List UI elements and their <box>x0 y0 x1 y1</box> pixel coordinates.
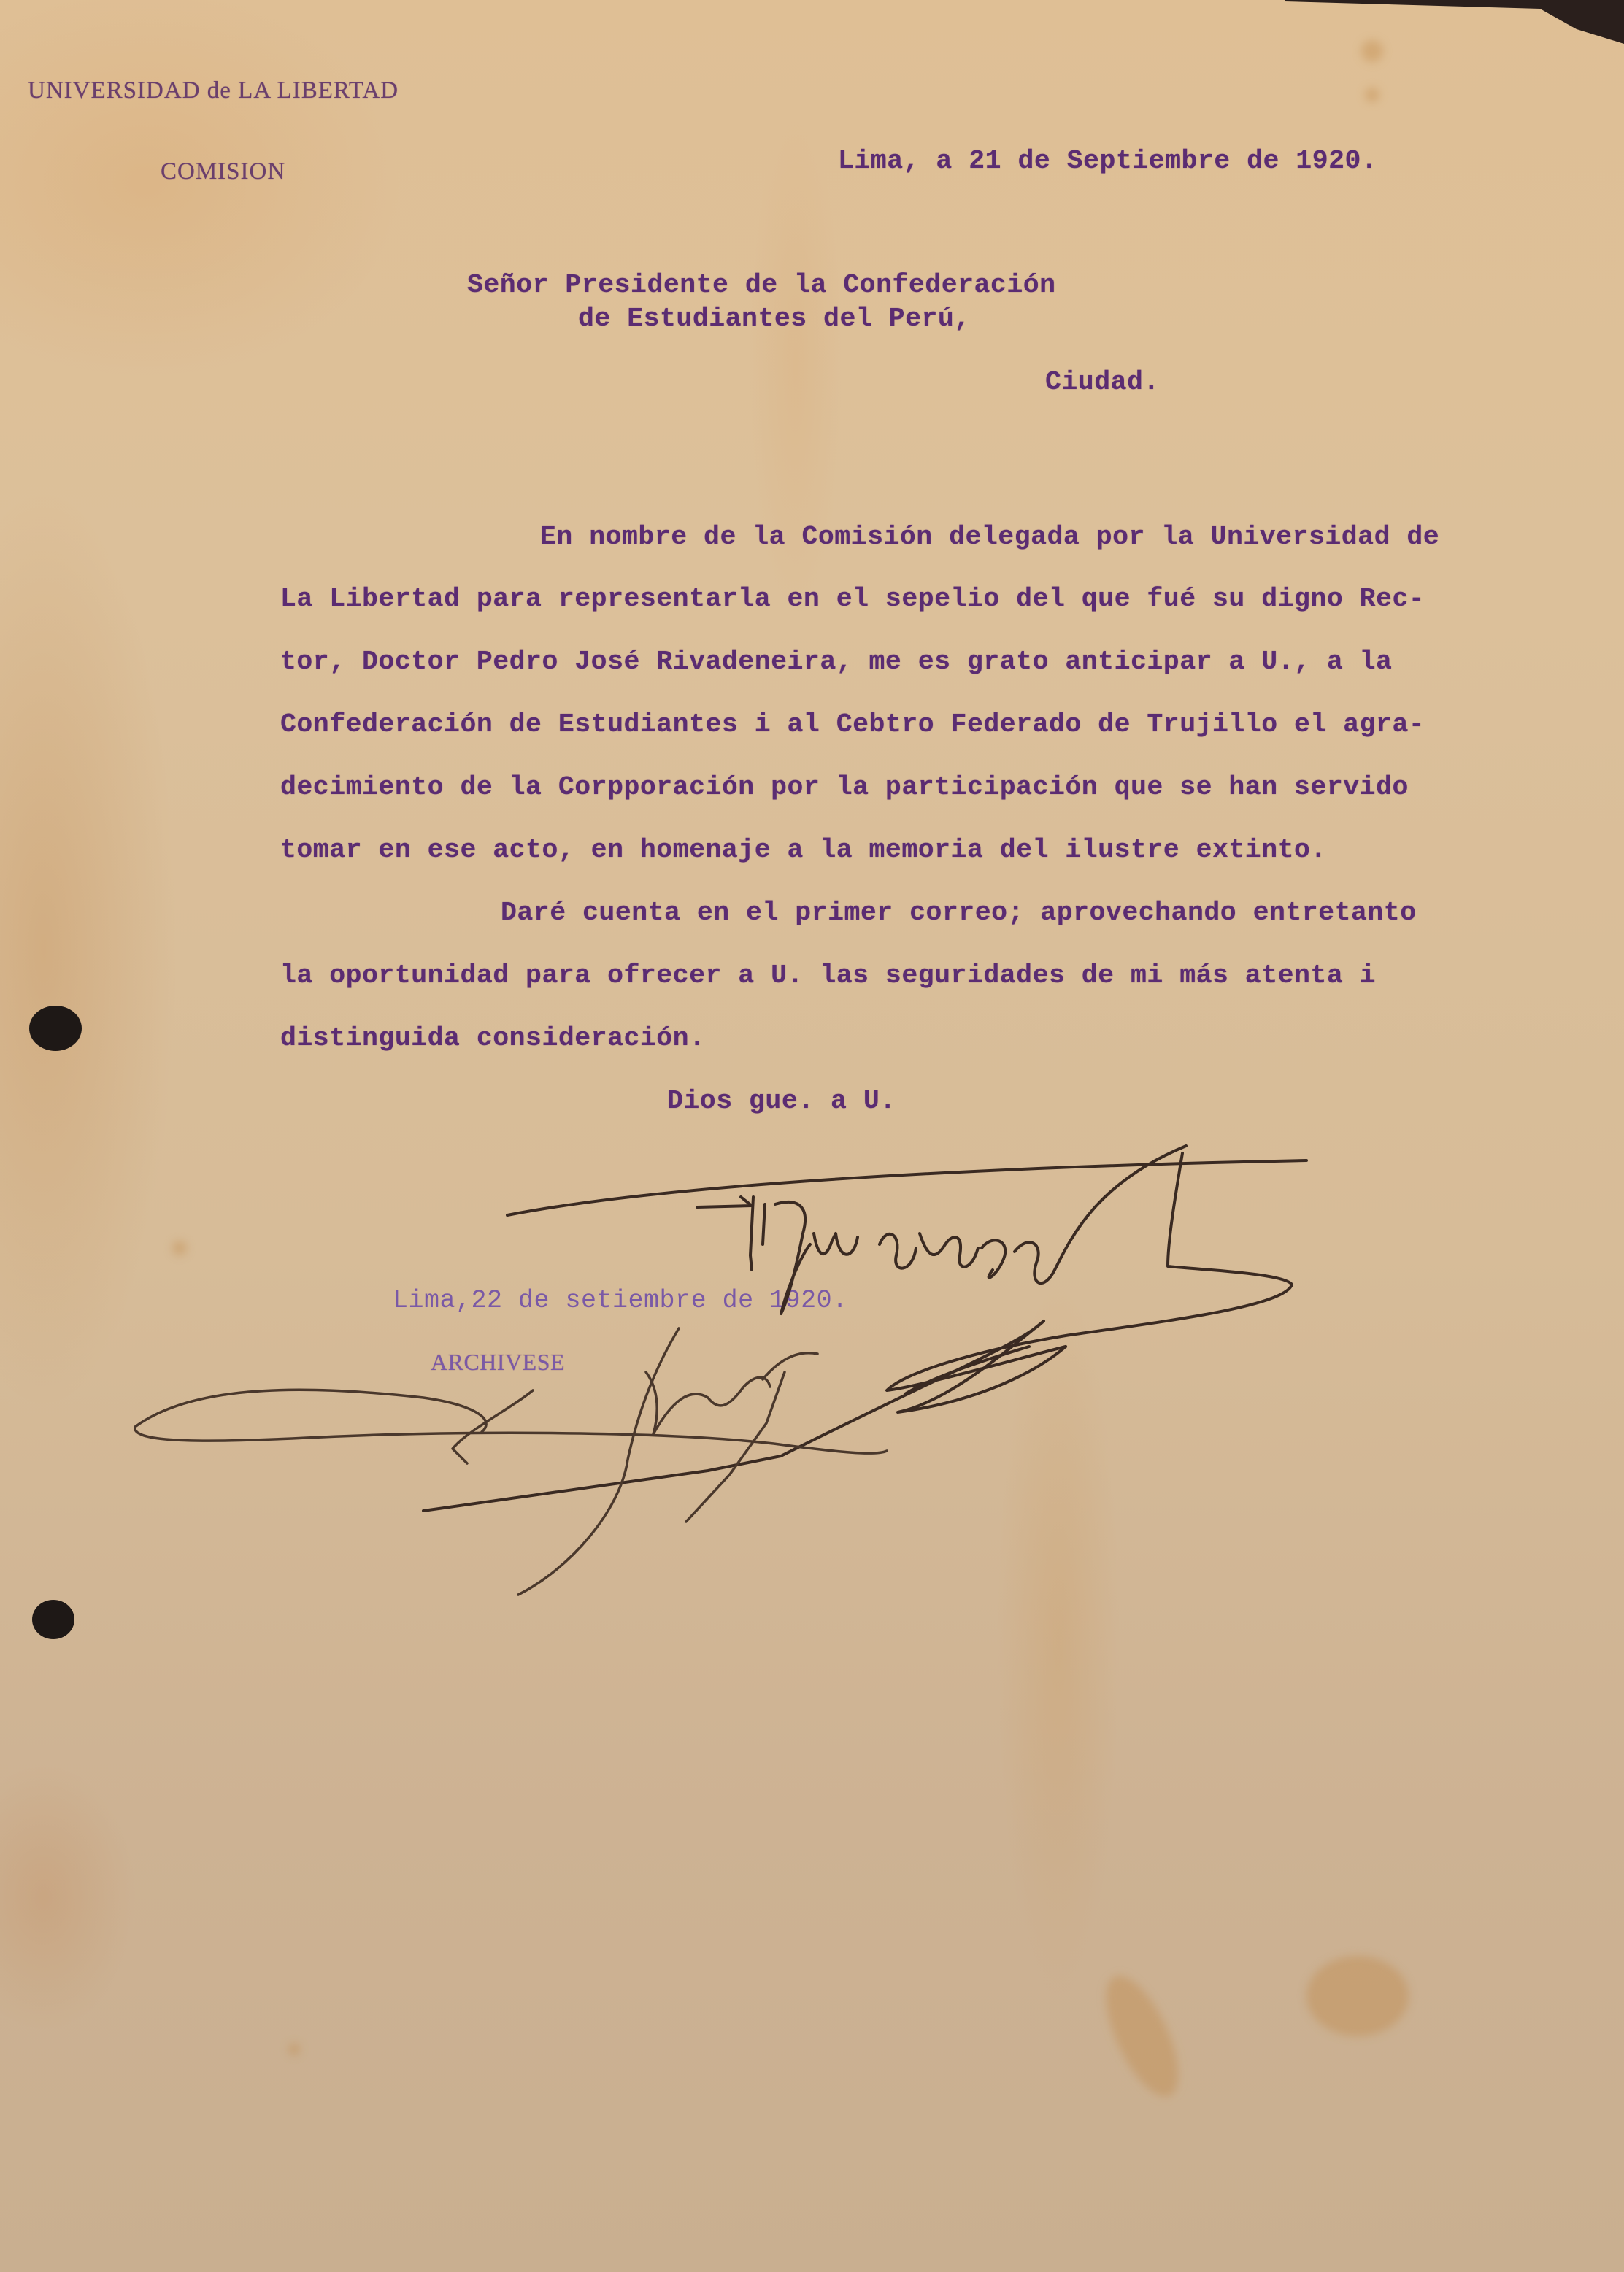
foxing-stain <box>1361 40 1383 62</box>
body-line: tomar en ese acto, en homenaje a la memo… <box>280 835 1327 865</box>
body-line: decimiento de la Corpporación por la par… <box>280 772 1409 802</box>
dateline: Lima, a 21 de Septiembre de 1920. <box>838 146 1377 176</box>
stamp-commission: COMISION <box>161 158 399 185</box>
stamp-university: UNIVERSIDAD de LA LIBERTAD <box>28 77 399 104</box>
foxing-stain <box>1365 88 1379 102</box>
body-line: la oportunidad para ofrecer a U. las seg… <box>280 960 1376 990</box>
body-line: tor, Doctor Pedro José Rivadeneira, me e… <box>280 647 1392 677</box>
body-line: distinguida consideración. <box>280 1023 706 1053</box>
body-line: La Libertad para representarla en el sep… <box>280 584 1425 614</box>
recipient-city: Ciudad. <box>1045 367 1160 397</box>
recipient-line-2: de Estudiantes del Perú, <box>578 304 971 334</box>
body-line: En nombre de la Comisión delegada por la… <box>540 522 1439 552</box>
annotation-date: Lima,22 de setiembre de 1920. <box>393 1286 848 1315</box>
body-line: Confederación de Estudiantes i al Cebtro… <box>280 709 1425 739</box>
recipient-line-1: Señor Presidente de la Confederación <box>467 270 1056 300</box>
annotation-archivese: ARCHIVESE <box>431 1349 565 1376</box>
paper-sheet <box>0 0 1624 2272</box>
foxing-stain <box>288 2044 300 2055</box>
body-line: Daré cuenta en el primer correo; aprovec… <box>501 898 1417 928</box>
closing-salutation: Dios gue. a U. <box>667 1086 896 1116</box>
foxing-stain <box>172 1241 187 1255</box>
punch-hole-lower <box>32 1600 74 1639</box>
letterhead-stamp: UNIVERSIDAD de LA LIBERTAD COMISION <box>28 23 399 212</box>
foxing-stain <box>1306 1956 1409 2036</box>
punch-hole-upper <box>29 1006 82 1051</box>
